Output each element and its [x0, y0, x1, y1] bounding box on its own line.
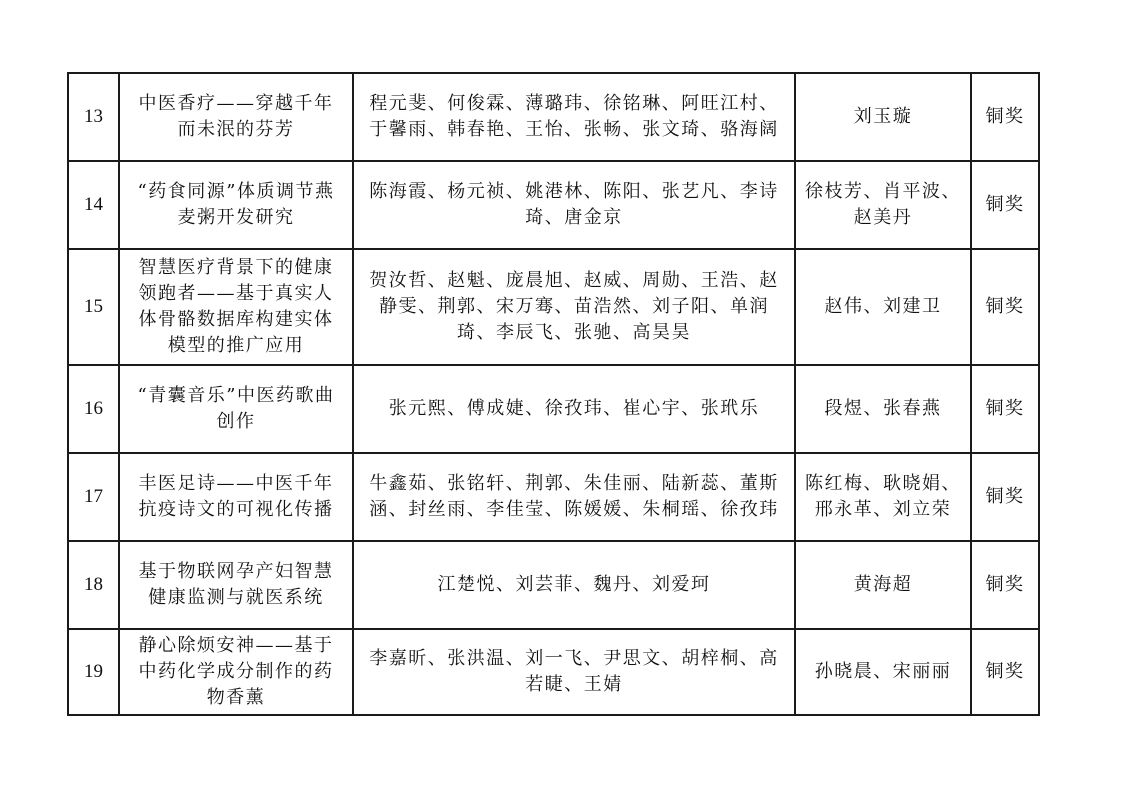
team-members: 张元熙、傅成婕、徐孜玮、崔心宇、张玳乐 — [353, 365, 795, 453]
award-level: 铜奖 — [971, 541, 1039, 629]
project-title: 中医香疗——穿越千年而未泯的芬芳 — [119, 73, 353, 161]
award-level: 铜奖 — [971, 629, 1039, 715]
row-number: 14 — [68, 161, 119, 249]
award-level: 铜奖 — [971, 73, 1039, 161]
advisors: 段煜、张春燕 — [795, 365, 971, 453]
team-members: 程元斐、何俊霖、薄璐玮、徐铭琳、阿旺江村、于馨雨、韩春艳、王怡、张畅、张文琦、骆… — [353, 73, 795, 161]
table-row: 16 “青囊音乐”中医药歌曲创作 张元熙、傅成婕、徐孜玮、崔心宇、张玳乐 段煜、… — [68, 365, 1039, 453]
project-title: 智慧医疗背景下的健康领跑者——基于真实人体骨骼数据库构建实体模型的推广应用 — [119, 249, 353, 365]
row-number: 15 — [68, 249, 119, 365]
project-title: 静心除烦安神——基于中药化学成分制作的药物香薰 — [119, 629, 353, 715]
project-title: “药食同源”体质调节燕麦粥开发研究 — [119, 161, 353, 249]
table-row: 17 丰医足诗——中医千年抗疫诗文的可视化传播 牛鑫茹、张铭轩、荆郭、朱佳丽、陆… — [68, 453, 1039, 541]
advisors: 陈红梅、耿晓娟、邢永革、刘立荣 — [795, 453, 971, 541]
row-number: 19 — [68, 629, 119, 715]
award-level: 铜奖 — [971, 249, 1039, 365]
award-level: 铜奖 — [971, 365, 1039, 453]
award-level: 铜奖 — [971, 161, 1039, 249]
team-members: 牛鑫茹、张铭轩、荆郭、朱佳丽、陆新蕊、董斯涵、封丝雨、李佳莹、陈媛媛、朱桐瑶、徐… — [353, 453, 795, 541]
table-row: 19 静心除烦安神——基于中药化学成分制作的药物香薰 李嘉昕、张洪温、刘一飞、尹… — [68, 629, 1039, 715]
row-number: 17 — [68, 453, 119, 541]
project-title: 基于物联网孕产妇智慧健康监测与就医系统 — [119, 541, 353, 629]
project-title: 丰医足诗——中医千年抗疫诗文的可视化传播 — [119, 453, 353, 541]
award-level: 铜奖 — [971, 453, 1039, 541]
advisors: 孙晓晨、宋丽丽 — [795, 629, 971, 715]
row-number: 18 — [68, 541, 119, 629]
advisors: 徐枝芳、肖平波、赵美丹 — [795, 161, 971, 249]
team-members: 江楚悦、刘芸菲、魏丹、刘爱珂 — [353, 541, 795, 629]
document-page: 13 中医香疗——穿越千年而未泯的芬芳 程元斐、何俊霖、薄璐玮、徐铭琳、阿旺江村… — [0, 0, 1123, 794]
row-number: 13 — [68, 73, 119, 161]
table-row: 13 中医香疗——穿越千年而未泯的芬芳 程元斐、何俊霖、薄璐玮、徐铭琳、阿旺江村… — [68, 73, 1039, 161]
advisors: 黄海超 — [795, 541, 971, 629]
team-members: 李嘉昕、张洪温、刘一飞、尹思文、胡梓桐、高若睫、王婧 — [353, 629, 795, 715]
table-row: 15 智慧医疗背景下的健康领跑者——基于真实人体骨骼数据库构建实体模型的推广应用… — [68, 249, 1039, 365]
project-title: “青囊音乐”中医药歌曲创作 — [119, 365, 353, 453]
awards-table: 13 中医香疗——穿越千年而未泯的芬芳 程元斐、何俊霖、薄璐玮、徐铭琳、阿旺江村… — [67, 72, 1040, 716]
advisors: 刘玉璇 — [795, 73, 971, 161]
table-row: 18 基于物联网孕产妇智慧健康监测与就医系统 江楚悦、刘芸菲、魏丹、刘爱珂 黄海… — [68, 541, 1039, 629]
team-members: 贺汝哲、赵魁、庞晨旭、赵威、周勋、王浩、赵静雯、荆郭、宋万骞、苗浩然、刘子阳、单… — [353, 249, 795, 365]
team-members: 陈海霞、杨元祯、姚港林、陈阳、张艺凡、李诗琦、唐金京 — [353, 161, 795, 249]
table-row: 14 “药食同源”体质调节燕麦粥开发研究 陈海霞、杨元祯、姚港林、陈阳、张艺凡、… — [68, 161, 1039, 249]
row-number: 16 — [68, 365, 119, 453]
advisors: 赵伟、刘建卫 — [795, 249, 971, 365]
